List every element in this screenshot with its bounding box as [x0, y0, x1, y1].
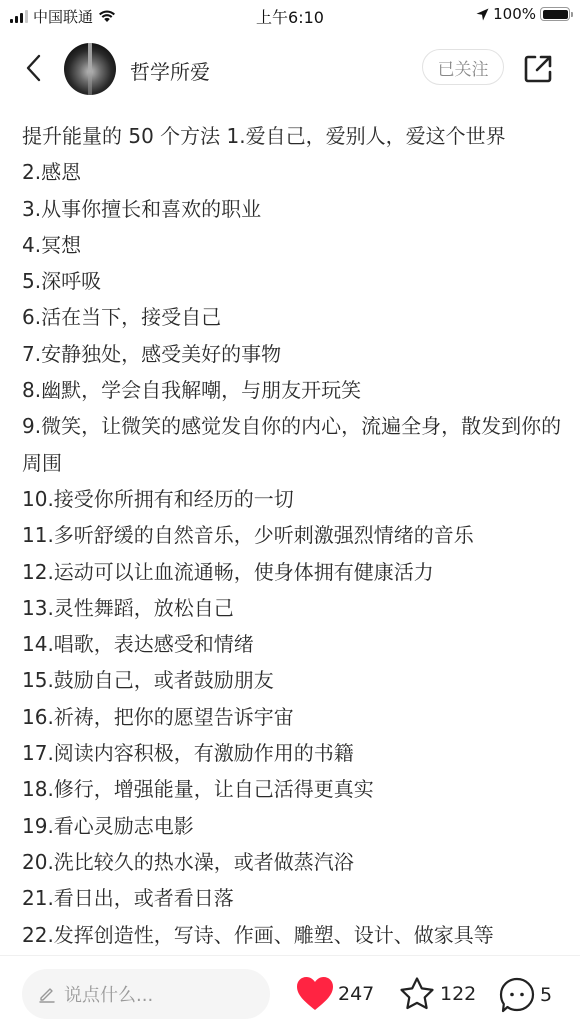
comment-bubble-icon [498, 976, 536, 1014]
comment-input[interactable]: 说点什么... [22, 969, 270, 1019]
status-right: 100% [476, 5, 570, 23]
post-line: 16.祈祷，把你的愿望告诉宇宙 [22, 699, 562, 735]
pencil-icon [38, 985, 56, 1003]
post-line: 18.修行，增强能量，让自己活得更真实 [22, 771, 562, 807]
post-line: 22.发挥创造性，写诗、作画、雕塑、设计、做家具等 [22, 917, 562, 953]
comment-count: 5 [540, 984, 552, 1006]
post-line: 5.深呼吸 [22, 263, 562, 299]
post-content: 提升能量的 50 个方法 1.爱自己，爱别人，爱这个世界 2.感恩 3.从事你擅… [22, 118, 562, 953]
post-line: 3.从事你擅长和喜欢的职业 [22, 191, 562, 227]
nav-bar: 哲学所爱 已关注 [0, 40, 580, 96]
back-button[interactable] [22, 52, 46, 84]
post-line: 7.安静独处，感受美好的事物 [22, 336, 562, 372]
star-icon [398, 976, 436, 1012]
follow-button[interactable]: 已关注 [422, 49, 504, 85]
bottom-action-bar: 说点什么... 247 122 5 [0, 956, 580, 1031]
comment-placeholder: 说点什么... [64, 981, 153, 1007]
like-count: 247 [338, 983, 374, 1005]
location-arrow-icon [476, 8, 489, 21]
share-external-icon[interactable] [522, 53, 554, 85]
post-line: 提升能量的 50 个方法 1.爱自己，爱别人，爱这个世界 [22, 118, 562, 154]
avatar[interactable] [64, 43, 116, 95]
post-line: 6.活在当下，接受自己 [22, 299, 562, 335]
post-line: 8.幽默，学会自我解嘲，与朋友开玩笑 [22, 372, 562, 408]
like-button[interactable]: 247 [296, 976, 374, 1012]
author-name[interactable]: 哲学所爱 [130, 56, 210, 85]
post-line: 19.看心灵励志电影 [22, 808, 562, 844]
battery-icon [540, 7, 570, 21]
post-line: 9.微笑，让微笑的感觉发自你的内心，流遍全身，散发到你的周围 [22, 408, 562, 481]
post-line: 20.洗比较久的热水澡，或者做蒸汽浴 [22, 844, 562, 880]
post-line: 13.灵性舞蹈，放松自己 [22, 590, 562, 626]
heart-icon [296, 976, 334, 1012]
post-line: 14.唱歌，表达感受和情绪 [22, 626, 562, 662]
post-line: 10.接受你所拥有和经历的一切 [22, 481, 562, 517]
post-line: 15.鼓励自己，或者鼓励朋友 [22, 662, 562, 698]
post-line: 21.看日出，或者看日落 [22, 880, 562, 916]
post-line: 4.冥想 [22, 227, 562, 263]
post-line: 11.多听舒缓的自然音乐，少听刺激强烈情绪的音乐 [22, 517, 562, 553]
post-line: 2.感恩 [22, 154, 562, 190]
battery-percent: 100% [493, 5, 536, 23]
collect-button[interactable]: 122 [398, 976, 476, 1012]
collect-count: 122 [440, 983, 476, 1005]
post-line: 17.阅读内容积极，有激励作用的书籍 [22, 735, 562, 771]
status-bar: 中国联通 上午6:10 100% [0, 0, 580, 32]
post-line: 12.运动可以让血流通畅，使身体拥有健康活力 [22, 554, 562, 590]
comment-button[interactable]: 5 [498, 976, 552, 1014]
